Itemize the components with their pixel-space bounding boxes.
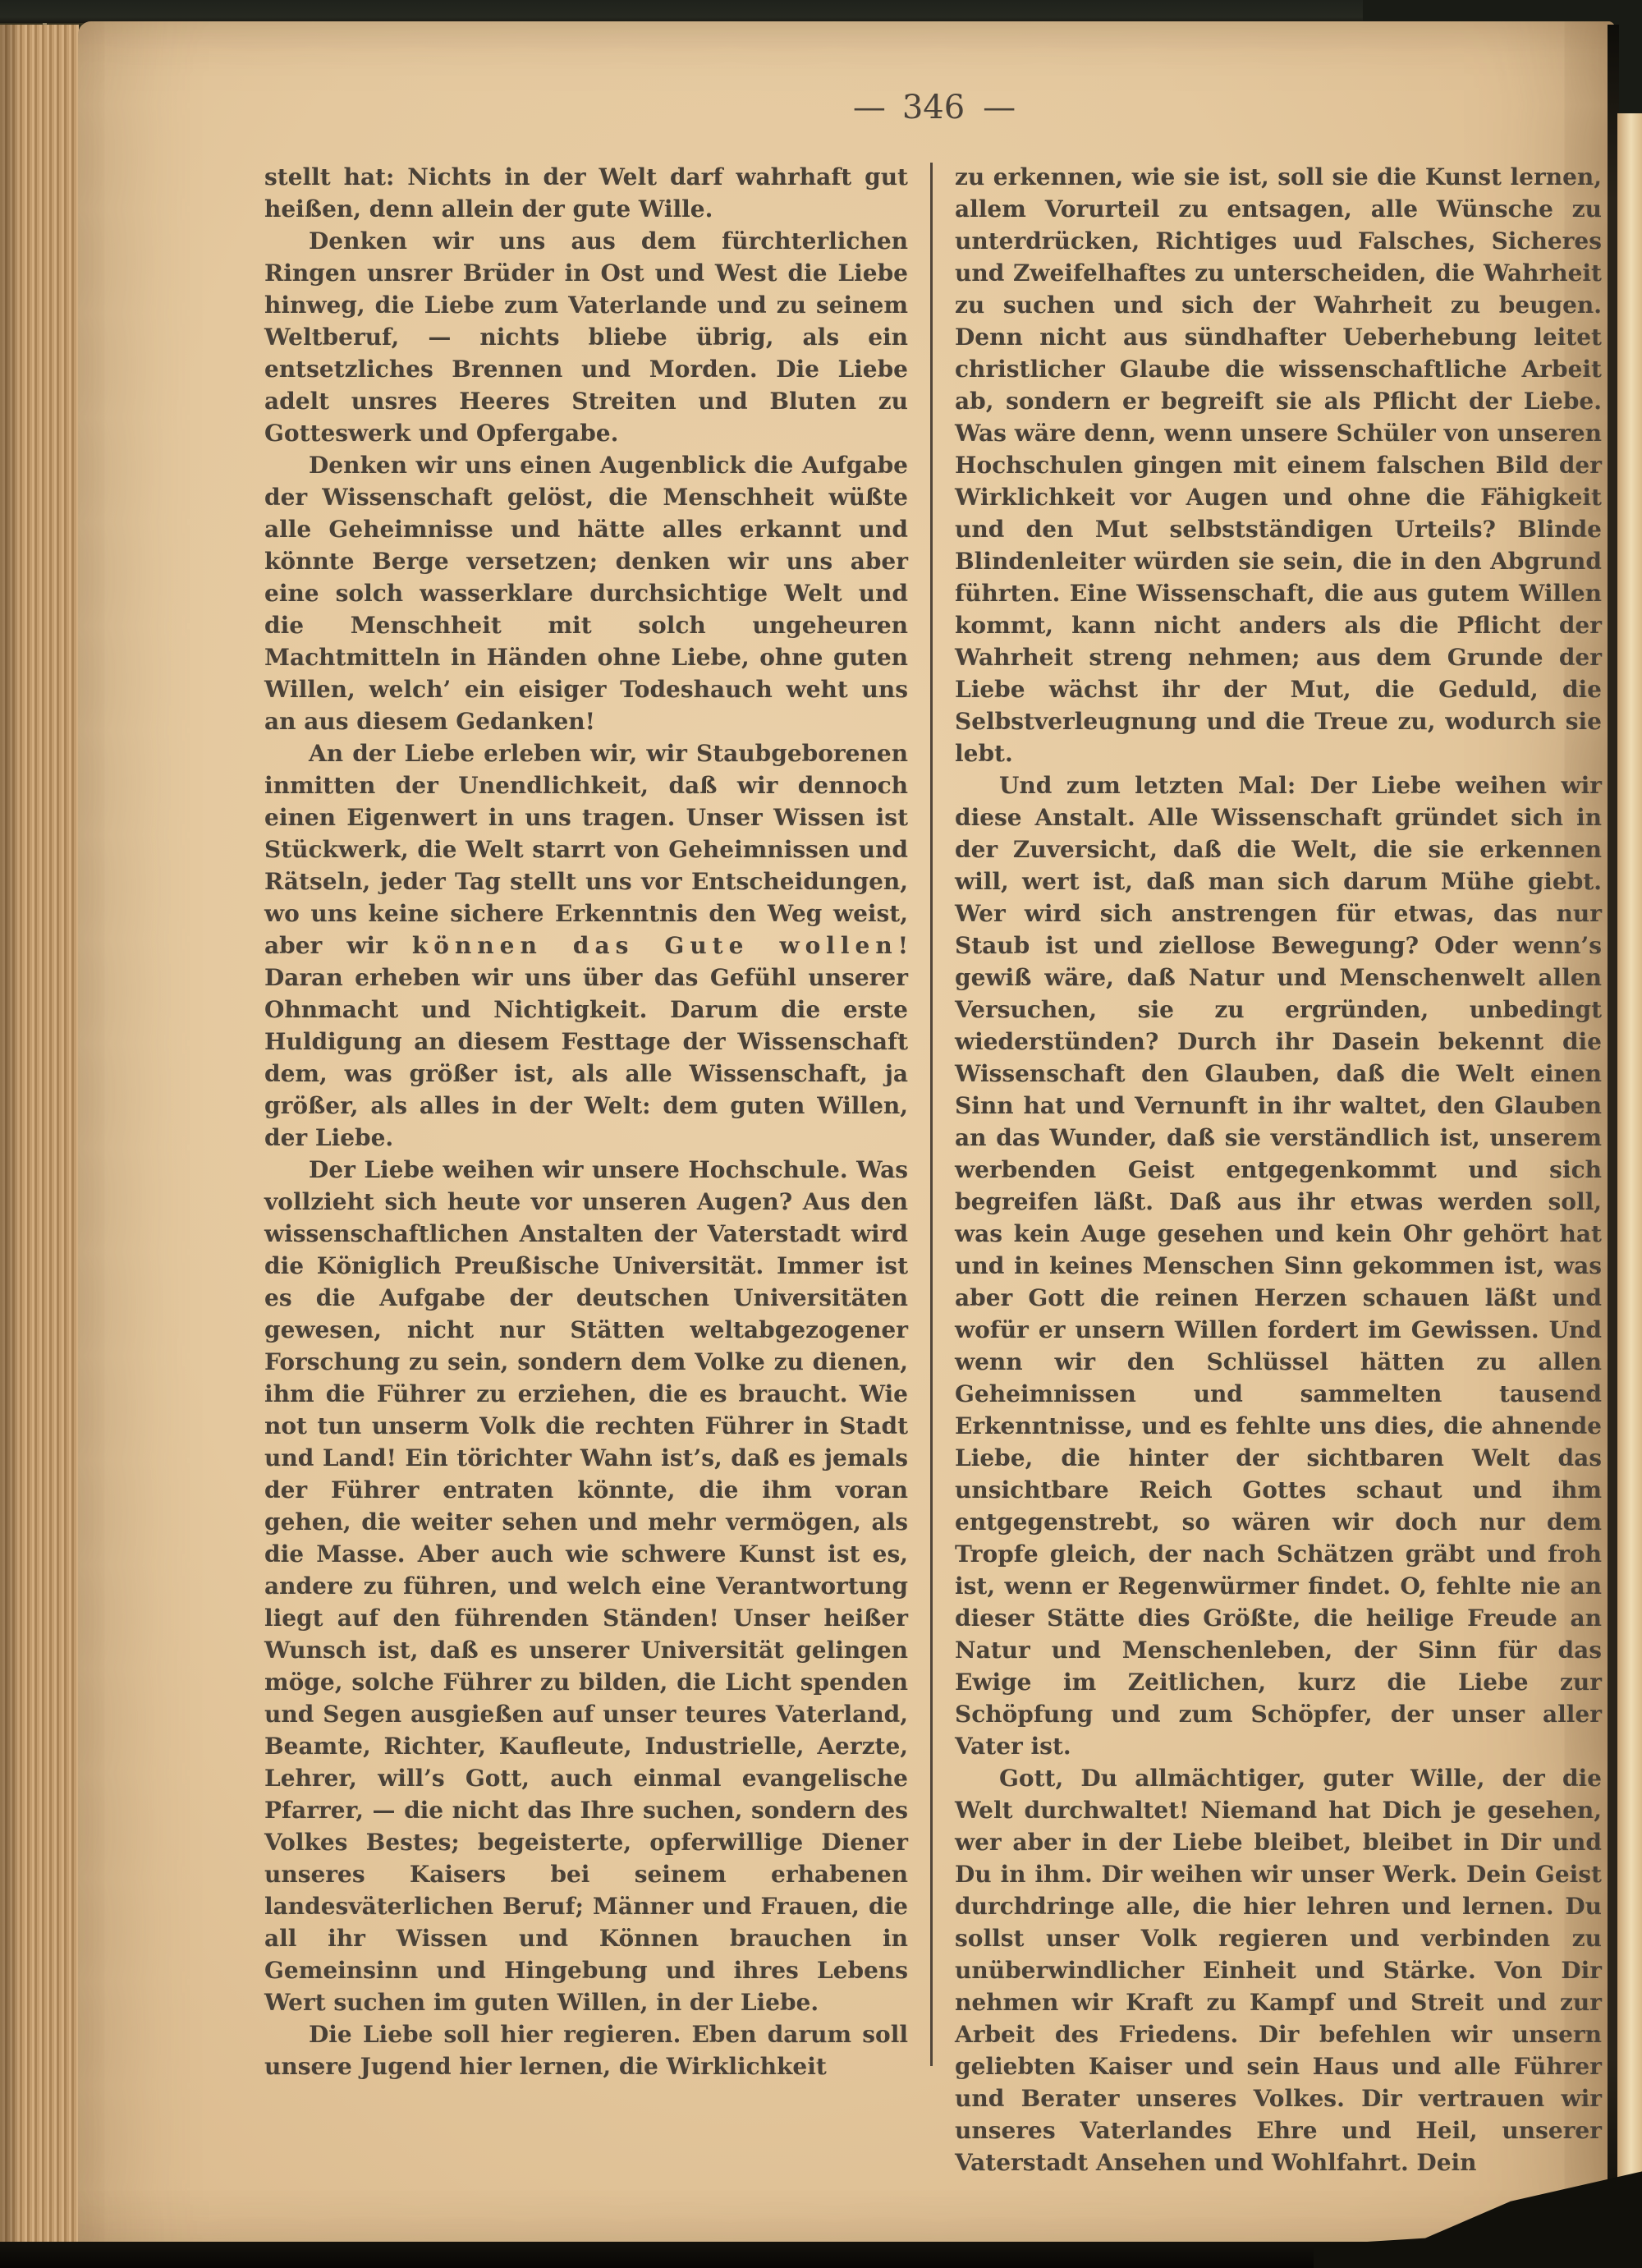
page-edge-stack-left [0, 25, 79, 2243]
header-dash-left: — [853, 89, 884, 126]
paragraph: Und zum letzten Mal: Der Liebe weihen wi… [955, 769, 1602, 1762]
text-run: Und zum letzten Mal: Der Liebe weihen wi… [955, 772, 1602, 1760]
paragraph: Denken wir uns einen Augenblick die Aufg… [264, 449, 908, 737]
text-run: stellt hat: Nichts in der Welt darf wahr… [264, 163, 908, 223]
page-header: —346— [264, 89, 1603, 126]
right-text-column: zu erkennen, wie sie ist, soll sie die K… [955, 161, 1602, 2178]
paragraph: Die Liebe soll hier regieren. Eben darum… [264, 2018, 908, 2082]
text-run: zu erkennen, wie sie ist, soll sie die K… [955, 163, 1602, 767]
paragraph: Denken wir uns aus dem fürchterlichen Ri… [264, 225, 908, 449]
paragraph: An der Liebe erleben wir, wir Staubgebor… [264, 737, 908, 1154]
page-number: 346 [902, 89, 965, 126]
paragraph: stellt hat: Nichts in der Welt darf wahr… [264, 161, 908, 225]
text-run: Denken wir uns einen Augenblick die Aufg… [264, 452, 908, 735]
text-run: Gott, Du allmächtiger, guter Wille, der … [955, 1765, 1602, 2176]
header-dash-right: — [983, 89, 1014, 126]
text-run: Der Liebe weihen wir unsere Hochschule. … [264, 1156, 908, 2016]
text-run: An der Liebe erleben wir, wir Staubgebor… [264, 740, 908, 959]
text-run: ! Daran erheben wir uns über das Gefühl … [264, 932, 908, 1151]
left-text-column: stellt hat: Nichts in der Welt darf wahr… [264, 161, 908, 2082]
paragraph: zu erkennen, wie sie ist, soll sie die K… [955, 161, 1602, 769]
column-divider-rule [930, 163, 933, 2066]
emphasized-text: können das Gute wollen [412, 932, 898, 959]
paragraph: Der Liebe weihen wir unsere Hochschule. … [264, 1154, 908, 2018]
adjacent-page-edge [1617, 113, 1642, 2189]
text-run: Denken wir uns aus dem fürchterlichen Ri… [264, 227, 908, 447]
paragraph: Gott, Du allmächtiger, guter Wille, der … [955, 1762, 1602, 2178]
book-scan-screenshot: { "header": { "dash_left": "—", "page_nu… [0, 0, 1642, 2268]
text-run: Die Liebe soll hier regieren. Eben darum… [264, 2021, 908, 2080]
